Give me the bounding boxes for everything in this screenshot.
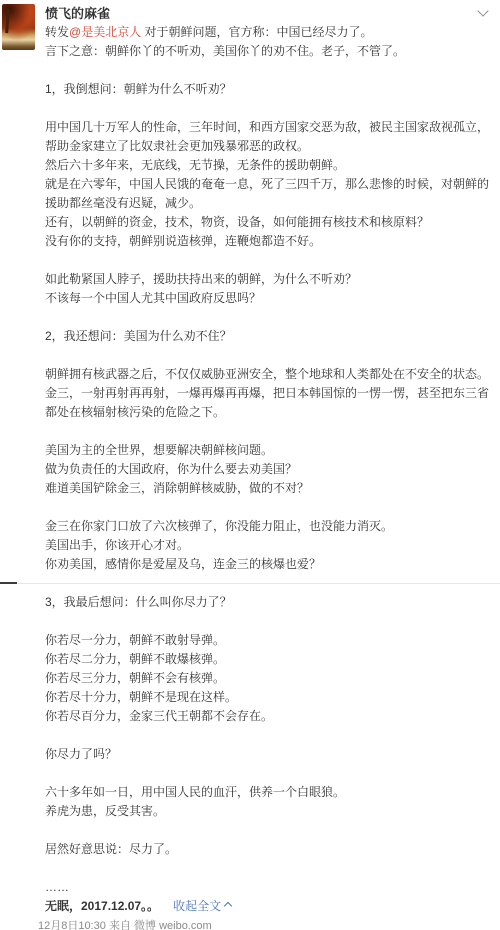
repost-prefix: 转发 bbox=[45, 25, 69, 39]
blank-line bbox=[45, 99, 500, 118]
body-line: 难道美国铲除金三，消除朝鲜核威胁，做的不对？ bbox=[45, 479, 500, 498]
from-label: 来自 bbox=[109, 920, 131, 930]
body-line: 居然好意思说：尽力了。 bbox=[45, 840, 500, 859]
chevron-up-icon bbox=[224, 902, 232, 910]
body-line: 六十多年如一日，用中国人民的血汗，供养一个白眼狼。 bbox=[45, 783, 500, 802]
blank-line bbox=[45, 251, 500, 270]
source-link[interactable]: 微博 weibo.com bbox=[134, 920, 212, 930]
tail-line: 无眠，2017.12.07。。收起全文 bbox=[45, 897, 500, 916]
section-divider bbox=[45, 574, 500, 593]
body-part1: 1，我倒想问：朝鲜为什么不听劝？用中国几十万军人的性命，三年时间，和西方国家交恶… bbox=[45, 61, 500, 574]
body-line: 美国出手，你该开心才对。 bbox=[45, 536, 500, 555]
body-line: 3，我最后想问：什么叫你尽力了？ bbox=[45, 593, 500, 612]
body-line: 你若尽二分力，朝鲜不敢爆核弹。 bbox=[45, 650, 500, 669]
post-meta: 12月8日10:30 来自 微博 weibo.com bbox=[38, 918, 500, 930]
blank-line bbox=[45, 346, 500, 365]
repost-line: 转发@是美北京人 对于朝鲜问题，官方称：中国已经尽力了。 bbox=[45, 23, 500, 42]
signature: 无眠，2017.12.07。。 bbox=[45, 899, 159, 913]
weibo-post: 愤飞的麻雀 转发@是美北京人 对于朝鲜问题，官方称：中国已经尽力了。 言下之意：… bbox=[0, 0, 500, 930]
body-line: 做为负责任的大国政府，你为什么要去劝美国？ bbox=[45, 460, 500, 479]
body-line: 然后六十多年来，无底线，无节操，无条件的援助朝鲜。 bbox=[45, 156, 500, 175]
blank-line bbox=[45, 308, 500, 327]
repost-line2: 言下之意：朝鲜你丫的不听劝，美国你丫的劝不住。老子，不管了。 bbox=[45, 42, 500, 61]
body-line: 养虎为患，反受其害。 bbox=[45, 802, 500, 821]
body-line: 用中国几十万军人的性命，三年时间，和西方国家交恶为敌，被民主国家敌视孤立，帮助金… bbox=[45, 118, 500, 156]
blank-line bbox=[45, 821, 500, 840]
username[interactable]: 愤飞的麻雀 bbox=[45, 4, 110, 23]
body-line: 没有你的支持，朝鲜别说造核弹，连鞭炮都造不好。 bbox=[45, 232, 500, 251]
body-line: 你劝美国，感情你是爱屋及乌，连金三的核爆也爱？ bbox=[45, 555, 500, 574]
blank-line bbox=[45, 61, 500, 80]
blank-line bbox=[45, 612, 500, 631]
body-line: 美国为主的全世界，想要解决朝鲜核问题。 bbox=[45, 441, 500, 460]
blank-line bbox=[45, 498, 500, 517]
body-line: 金三，一射再射再再射，一爆再爆再再爆，把日本韩国惊的一愣一愣，甚至把东三省都处在… bbox=[45, 384, 500, 422]
body-line: 1，我倒想问：朝鲜为什么不听劝？ bbox=[45, 80, 500, 99]
body-line: 如此勒紧国人脖子，援助扶持出来的朝鲜，为什么不听劝？ bbox=[45, 270, 500, 289]
blank-line bbox=[45, 859, 500, 878]
body-line: 朝鲜拥有核武器之后，不仅仅威胁亚洲安全，整个地球和人类都处在不安全的状态。 bbox=[45, 365, 500, 384]
body-line: 还有，以朝鲜的资金，技术，物资，设备，如何能拥有核技术和核原料？ bbox=[45, 213, 500, 232]
blank-line bbox=[45, 764, 500, 783]
body-line: 你若尽一分力，朝鲜不敢射导弹。 bbox=[45, 631, 500, 650]
body-line: 不该每一个中国人尤其中国政府反思吗？ bbox=[45, 289, 500, 308]
timestamp[interactable]: 12月8日10:30 bbox=[38, 920, 106, 930]
body-line: 2，我还想问：美国为什么劝不住？ bbox=[45, 327, 500, 346]
body-line: …… bbox=[45, 878, 500, 897]
blank-line bbox=[45, 422, 500, 441]
divider-dark-segment bbox=[0, 582, 17, 584]
body-line: 你若尽十分力，朝鲜不是现在这样。 bbox=[45, 688, 500, 707]
collapse-label: 收起全文 bbox=[173, 899, 221, 913]
body-line: 你尽力了吗？ bbox=[45, 745, 500, 764]
repost-rest: 对于朝鲜问题，官方称：中国已经尽力了。 bbox=[141, 25, 372, 39]
collapse-fulltext-link[interactable]: 收起全文 bbox=[173, 899, 231, 913]
body-line: 金三在你家门口放了六次核弹了，你没能力阻止，也没能力消灭。 bbox=[45, 517, 500, 536]
mention-link[interactable]: @是美北京人 bbox=[69, 25, 141, 39]
body-part2: 3，我最后想问：什么叫你尽力了？你若尽一分力，朝鲜不敢射导弹。你若尽二分力，朝鲜… bbox=[45, 593, 500, 897]
post-content: 愤飞的麻雀 转发@是美北京人 对于朝鲜问题，官方称：中国已经尽力了。 言下之意：… bbox=[0, 0, 500, 930]
body-line: 就是在六零年，中国人民饿的奄奄一息，死了三四千万，那么悲惨的时候，对朝鲜的援助都… bbox=[45, 175, 500, 213]
blank-line bbox=[45, 726, 500, 745]
post-text: 转发@是美北京人 对于朝鲜问题，官方称：中国已经尽力了。 言下之意：朝鲜你丫的不… bbox=[45, 23, 500, 930]
body-line: 你若尽三分力，朝鲜不会有核弹。 bbox=[45, 669, 500, 688]
body-line: 你若尽百分力，金家三代王朝都不会存在。 bbox=[45, 707, 500, 726]
